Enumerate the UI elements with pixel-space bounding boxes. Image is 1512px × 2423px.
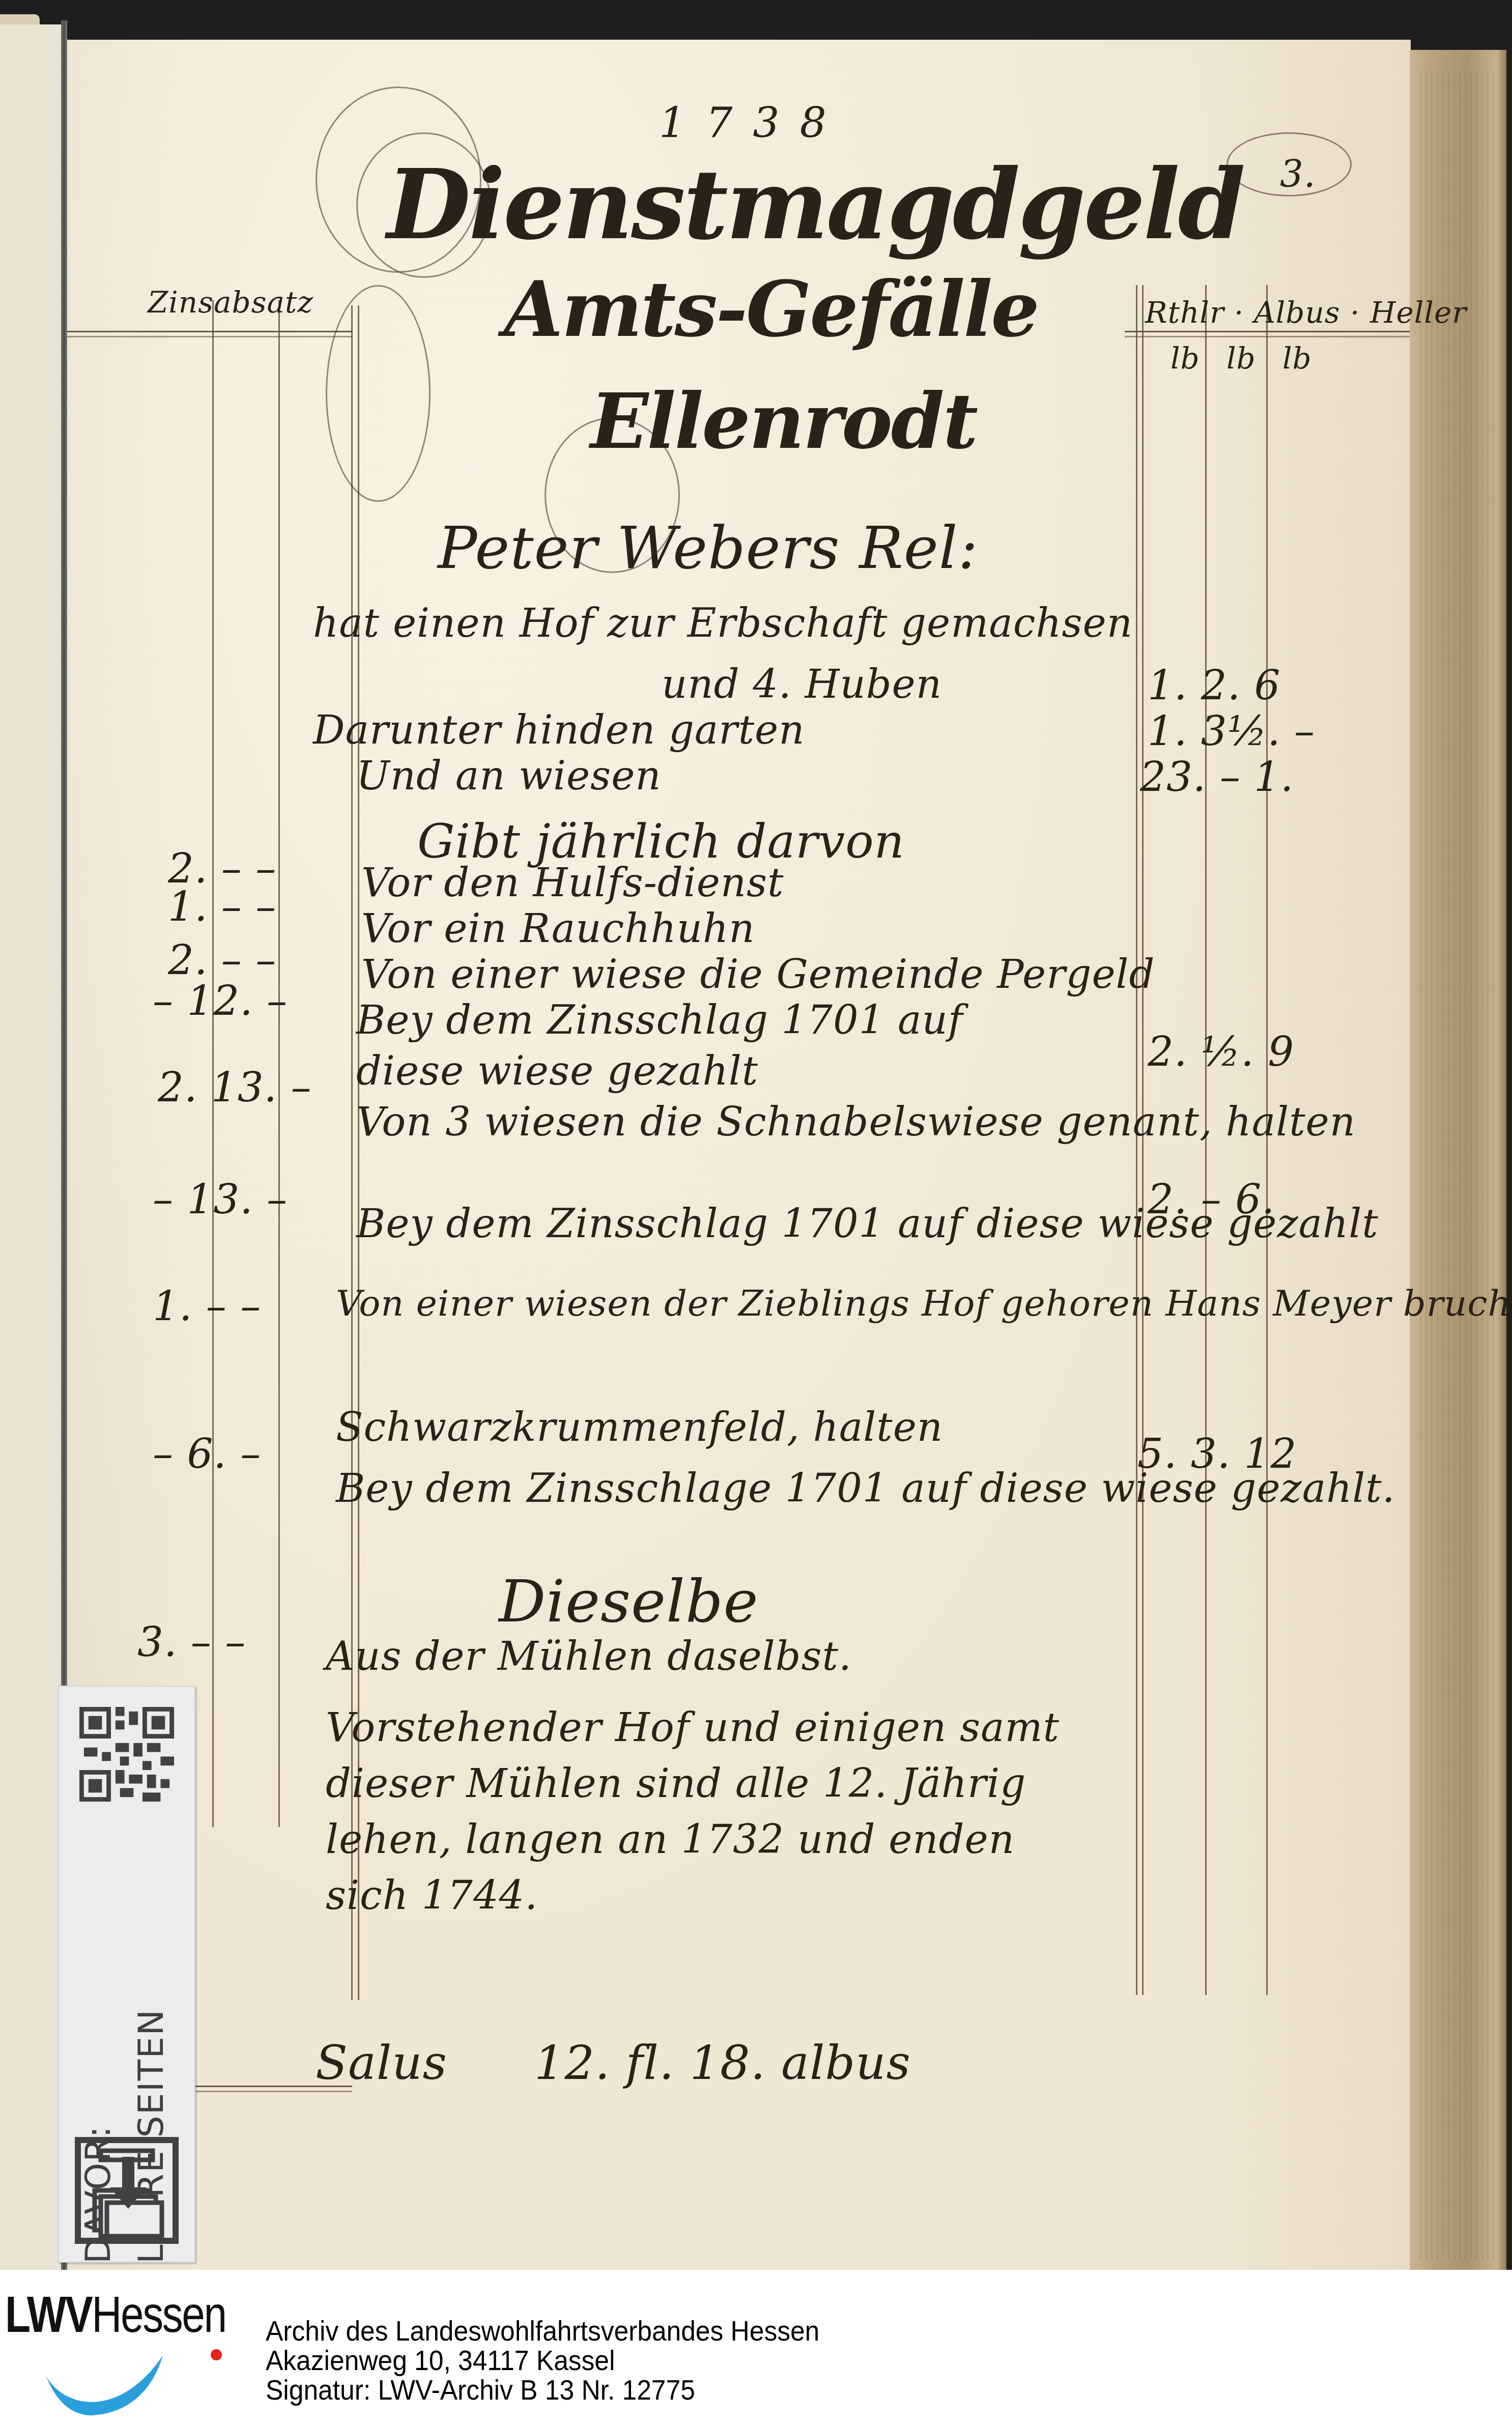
entry-text: dieser Mühlen sind alle 12. Jährig [326,1761,1026,1807]
ledger-subtitle: Amts-Gefälle [504,265,1038,354]
left-column-header: Zinsabsatz [148,285,313,320]
logo-swoosh-icon [46,2355,178,2416]
entry-amount-left: – 6. – [153,1430,261,1477]
archive-name: Archiv des Landeswohlfahrtsverbandes Hes… [266,2317,819,2345]
right-column-header: Rthlr · Albus · Heller [1145,295,1467,330]
logo-lwv: LWV [5,2286,92,2343]
archive-address: Akazienweg 10, 34117 Kassel [266,2346,819,2375]
qr-code-icon [79,1707,174,1802]
previous-page-edge [0,24,64,2270]
header-rule-left [67,331,352,332]
logo-wordmark: LWVHessen [5,2289,226,2340]
entry-text: Aus der Mühlen daselbst. [326,1634,852,1679]
archive-footer: LWVHessen Archiv des Landeswohlfahrtsver… [0,2270,1512,2423]
ledger-title: Dienstmagdgeld [387,148,1243,261]
page-number: 3. [1280,153,1316,195]
ledger-place: Ellenrodt [590,377,977,466]
archive-signature: Signatur: LWV-Archiv B 13 Nr. 12775 [266,2376,819,2404]
total-value: 12. fl. 18. albus [534,2036,911,2090]
entry-amount: 2. ½. 9 [1148,1028,1294,1075]
entry-text: Darunter hinden garten [313,707,805,753]
entry-text: hat einen Hof zur Erbschaft gemachsen [313,601,1133,646]
entry-text: Vorstehender Hof und einigen samt [326,1705,1060,1751]
entry-text: Bey dem Zinsschlage 1701 auf diese wiese… [336,1466,1395,1512]
archive-info: Archiv des Landeswohlfahrtsverbandes Hes… [266,2317,819,2405]
unit-lb-3: lb [1282,341,1312,376]
entry-amount: 2. – 6. [1148,1176,1275,1223]
total-label: Salus [316,2036,447,2090]
entry-amount-left: 1. – – [168,883,276,930]
calligraphic-flourish [326,285,431,502]
entry-text: Vor ein Rauchhuhn [361,906,755,952]
lwv-hessen-logo: LWVHessen [5,2289,244,2406]
entry-amount-left: 1. – – [153,1282,261,1330]
page-edges [1420,71,1496,2260]
dieselbe-heading: Dieselbe [499,1567,759,1636]
entry-text: Und an wiesen [356,753,662,799]
entry-text: Schwarzkrummenfeld, halten [336,1405,943,1450]
entry-amount: 1. 3½. – [1148,707,1315,755]
header-rule-left-2 [67,336,352,337]
entry-text: Bey dem Zinsschlag 1701 auf [356,997,963,1043]
year-header: 1738 [659,99,847,148]
ledger-page [67,40,1411,2270]
logo-red-dot [211,2349,222,2360]
document-stack-download-icon [73,2134,180,2246]
unit-lb-2: lb [1226,341,1256,376]
scanned-book-spread: 1738 3. Dienstmagdgeld Amts-Gefälle Elle… [0,0,1512,2270]
blank-pages-tab: DAVOR: LEERE SEITEN [58,1686,195,2263]
person-heading: Peter Webers Rel: [438,514,978,582]
entry-text: Von einer wiesen der Zieblings Hof gehor… [336,1282,1512,1324]
entry-amount: 23. – 1. [1140,753,1294,801]
entry-amount-left: – 13. – [153,1176,288,1223]
entry-text: und 4. Huben [662,662,942,707]
entry-text: Von 3 wiesen die Schnabelswiese genant, … [356,1099,1356,1145]
entry-text: sich 1744. [326,1873,538,1919]
entry-text: Vor den Hulfs-dienst [361,860,784,906]
logo-hessen: Hessen [92,2286,225,2343]
entry-amount-left: 3. – – [137,1618,246,1666]
entry-text: diese wiese gezahlt [356,1048,758,1094]
entry-amount: 1. 2. 6 [1148,662,1280,709]
unit-lb-1: lb [1171,341,1200,376]
entry-amount-left: – 12. – [153,977,288,1024]
entry-text: Von einer wiese die Gemeinde Pergeld [361,952,1155,997]
entry-amount-left: 2. 13. – [158,1064,311,1111]
entry-text: lehen, langen an 1732 und enden [326,1817,1015,1863]
